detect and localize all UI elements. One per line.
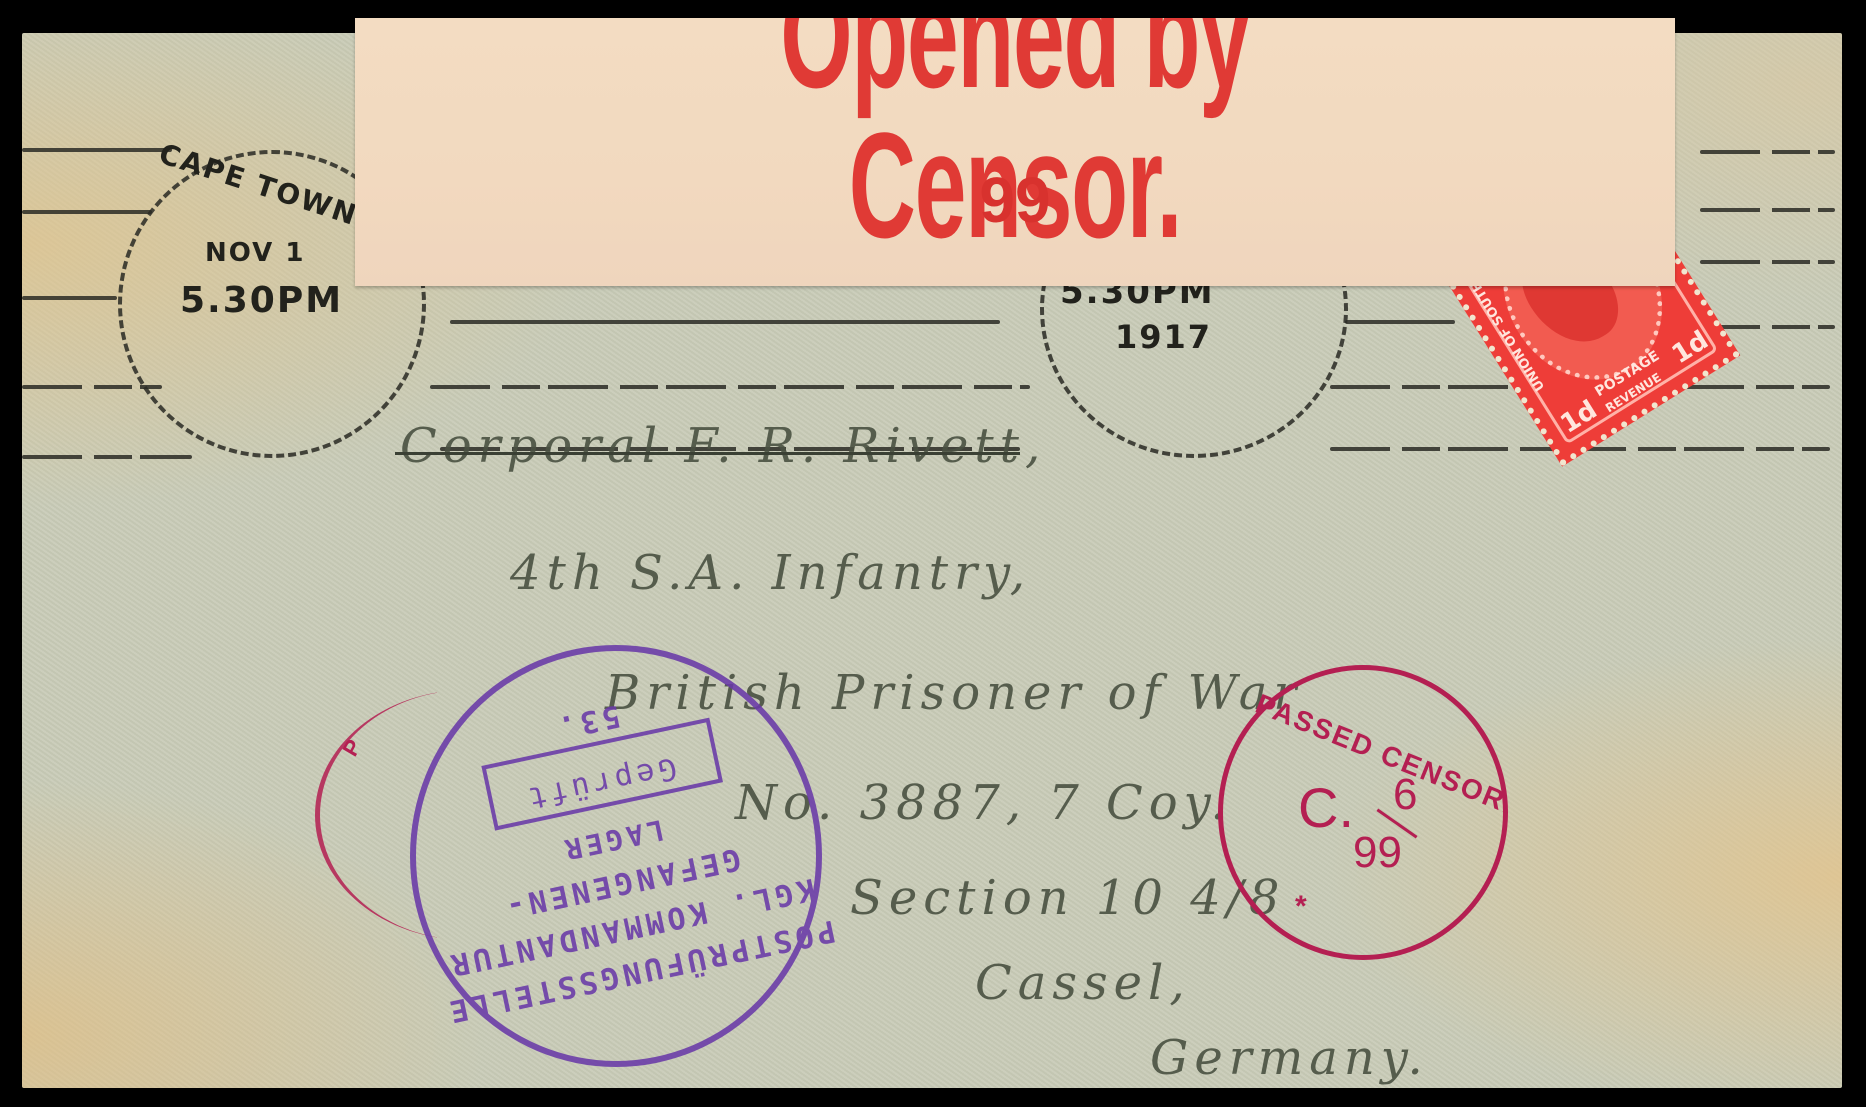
censor-number: 99 (355, 163, 1675, 237)
cancel-line (1700, 208, 1835, 212)
address-line-7: Germany. (1150, 1030, 1429, 1086)
passed-censor-prefix: C. (1298, 775, 1354, 840)
address-line-1: Corporal F. R. Rivett, (400, 418, 1046, 474)
postmark-left-date: NOV 1 (205, 238, 305, 268)
cancel-line (450, 320, 1000, 324)
cachet-rotated-content: POSTPRÜFUNGSSTELLE KGL. KOMMANDANTUR GEF… (378, 614, 855, 1098)
postmark-left-time: 5.30PM (180, 280, 343, 321)
cancel-line (22, 148, 172, 152)
passed-censor-denominator: 99 (1353, 828, 1402, 878)
cancel-line (1345, 320, 1455, 324)
cancel-line (1700, 150, 1835, 154)
cancel-line (1700, 260, 1835, 264)
german-censor-cachet: POSTPRÜFUNGSSTELLE KGL. KOMMANDANTUR GEF… (410, 645, 822, 1067)
address-line-2: 4th S.A. Infantry, (510, 545, 1031, 601)
passed-censor-stamp: PASSED CENSOR. C. 6 99 * (1218, 665, 1508, 960)
censor-label: Opened by Censor. 99 (355, 18, 1675, 286)
star-icon: * (1295, 890, 1307, 924)
cancel-line (430, 385, 1030, 389)
address-line-5: Section 10 4/8 (850, 870, 1285, 926)
passed-censor-numerator: 6 (1393, 770, 1417, 820)
cancel-line (22, 296, 117, 300)
strikethrough-line (395, 452, 1020, 455)
cancel-line (22, 210, 152, 214)
postmark-right-year: 1917 (1115, 318, 1212, 356)
address-line-6: Cassel, (975, 955, 1191, 1011)
cancel-line (22, 455, 192, 459)
